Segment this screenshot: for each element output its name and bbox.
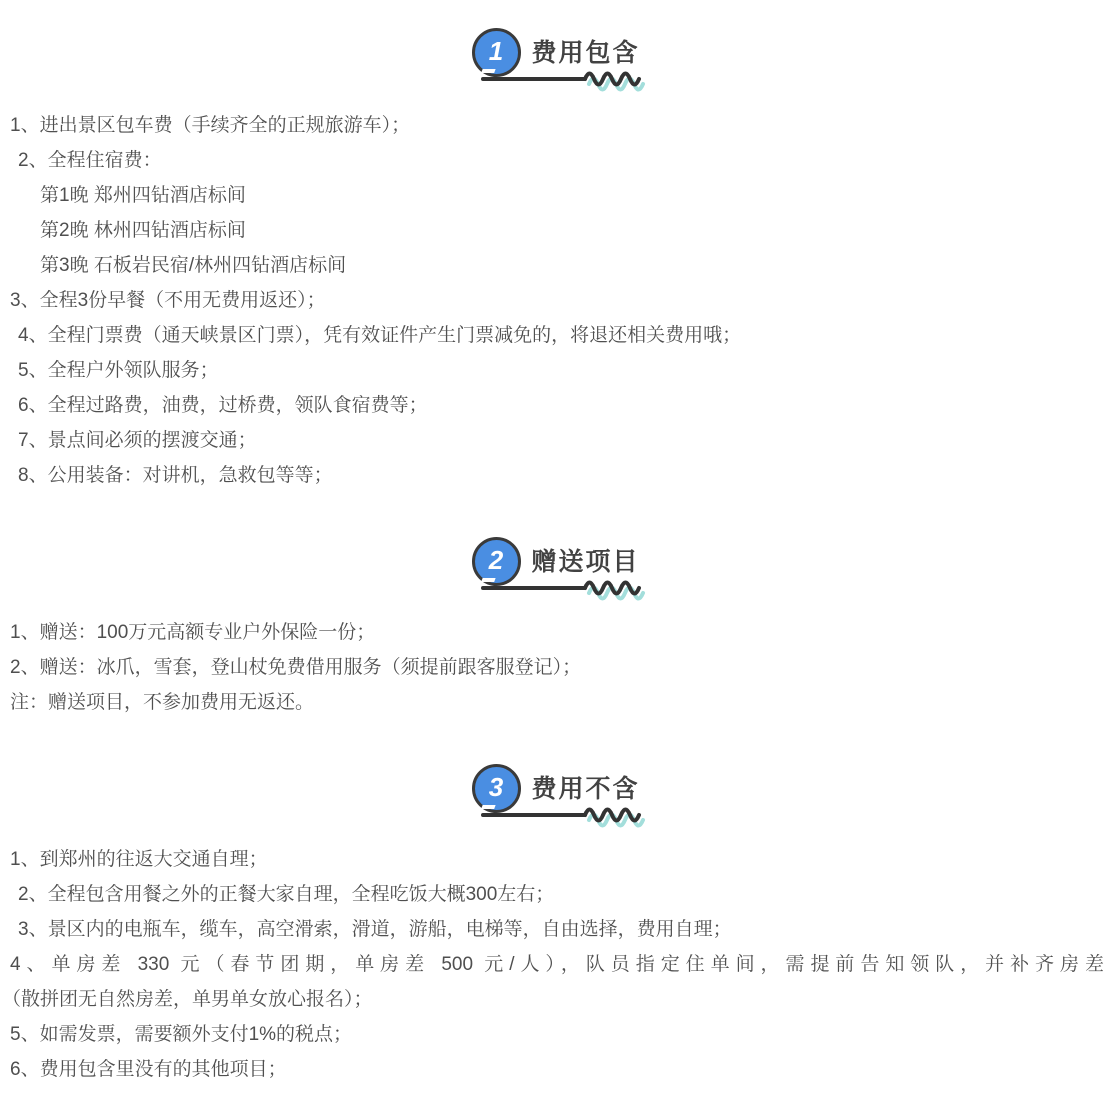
list-item: 2、全程住宿费： [0, 143, 1112, 178]
list-item: 3、景区内的电瓶车，缆车，高空滑索，滑道，游船，电梯等，自由选择，费用自理； [0, 912, 1112, 947]
list-item: （散拼团无自然房差，单男单女放心报名）； [0, 982, 1112, 1017]
list-item: 7、景点间必须的摆渡交通； [0, 423, 1112, 458]
list-item: 2、全程包含用餐之外的正餐大家自理，全程吃饭大概300左右； [0, 877, 1112, 912]
list-item: 注：赠送项目，不参加费用无返还。 [0, 685, 1112, 720]
list-item: 4、全程门票费（通天峡景区门票），凭有效证件产生门票减免的，将退还相关费用哦； [0, 318, 1112, 353]
list-item: 6、全程过路费，油费，过桥费，领队食宿费等； [0, 388, 1112, 423]
list-item: 6、费用包含里没有的其他项目； [0, 1052, 1112, 1087]
badge-number: 2 [489, 547, 503, 573]
fees-included-header: 1 费用包含 [0, 28, 1112, 78]
list-item: 5、全程户外领队服务； [0, 353, 1112, 388]
fees-included-list: 1、进出景区包车费（手续齐全的正规旅游车）； 2、全程住宿费： 第1晚 郑州四钻… [0, 108, 1112, 493]
list-item: 1、进出景区包车费（手续齐全的正规旅游车）； [0, 108, 1112, 143]
list-item: 第3晚 石板岩民宿/林州四钻酒店标间 [0, 248, 1112, 283]
section-number-badge: 3 [472, 764, 521, 813]
section-header: 2 赠送项目 [472, 537, 639, 586]
list-item: 1、到郑州的往返大交通自理； [0, 842, 1112, 877]
list-item: 1、赠送：100万元高额专业户外保险一份； [0, 615, 1112, 650]
list-item: 2、赠送：冰爪，雪套，登山杖免费借用服务（须提前跟客服登记）； [0, 650, 1112, 685]
list-item: 5、如需发票，需要额外支付1%的税点； [0, 1017, 1112, 1052]
badge-underline-dash [482, 578, 496, 582]
section-header: 1 费用包含 [472, 28, 639, 77]
list-item: 第1晚 郑州四钻酒店标间 [0, 178, 1112, 213]
list-item: 4、单房差 330 元（春节团期，单房差 500 元/人），队员指定住单间，需提… [0, 947, 1112, 982]
list-item: 第2晚 林州四钻酒店标间 [0, 213, 1112, 248]
fees-excluded-list: 1、到郑州的往返大交通自理； 2、全程包含用餐之外的正餐大家自理，全程吃饭大概3… [0, 842, 1112, 1087]
list-item: 8、公用装备：对讲机，急救包等等； [0, 458, 1112, 493]
badge-number: 1 [489, 38, 503, 64]
section-title: 赠送项目 [531, 548, 639, 575]
badge-underline-dash [482, 805, 496, 809]
section-title: 费用不含 [531, 775, 639, 802]
section-number-badge: 2 [472, 537, 521, 586]
badge-underline-dash [482, 69, 496, 73]
section-title: 费用包含 [531, 39, 639, 66]
section-header: 3 费用不含 [472, 764, 639, 813]
gifts-list: 1、赠送：100万元高额专业户外保险一份； 2、赠送：冰爪，雪套，登山杖免费借用… [0, 615, 1112, 720]
section-number-badge: 1 [472, 28, 521, 77]
gifts-header: 2 赠送项目 [0, 537, 1112, 587]
badge-number: 3 [489, 774, 503, 800]
list-item: 3、全程3份早餐（不用无费用返还）； [0, 283, 1112, 318]
fees-excluded-header: 3 费用不含 [0, 764, 1112, 814]
